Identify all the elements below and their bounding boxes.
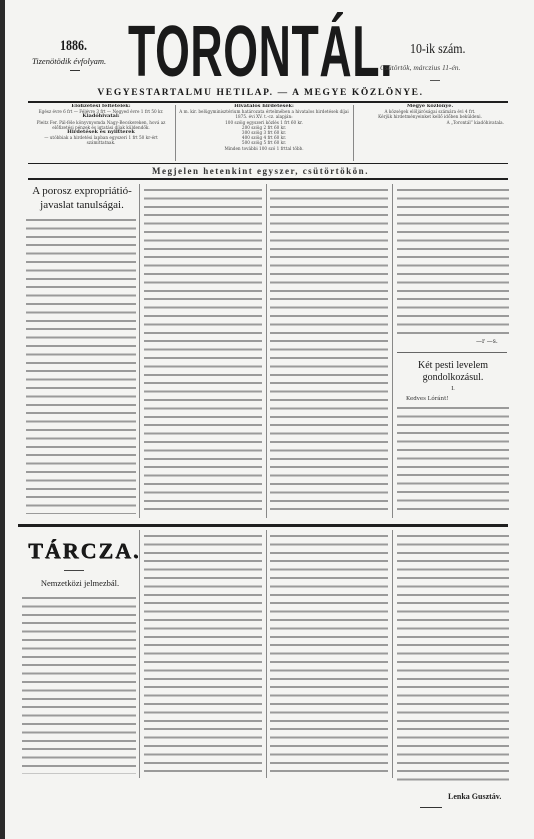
- feuilleton-column-3: [270, 532, 388, 772]
- newspaper-title: TORONTÁL.: [128, 16, 393, 88]
- feuilleton-column-4: [397, 532, 509, 782]
- column-divider: [392, 530, 393, 778]
- article-separator: [397, 352, 507, 353]
- column-divider: [353, 105, 354, 161]
- newspaper-subtitle: VEGYESTARTALMU HETILAP. — A MEGYE KÖZLÖN…: [8, 88, 513, 98]
- publication-frequency: Megjelen hetenkint egyszer, csütörtökön.: [8, 166, 513, 176]
- info-text: A m. kir. belügyminisztérium határozata …: [178, 109, 350, 119]
- article-column-4-continued: [397, 404, 509, 516]
- info-rule: [28, 163, 508, 164]
- article-column-2: [144, 186, 262, 516]
- official-ads-info-box: Hivatalos hirdetések: A m. kir. belügymi…: [178, 104, 350, 162]
- year-label: 1886.: [60, 38, 87, 55]
- subscription-info-box: Előfizetési feltételek: Egész évre 6 frt…: [30, 104, 172, 162]
- article-column-4: [397, 186, 509, 336]
- info-text: A „Torontál” kiadóhivatala.: [356, 120, 504, 125]
- divider: [430, 80, 440, 81]
- feuilleton-signature: Lenka Gusztáv.: [448, 792, 501, 801]
- page-edge: [0, 0, 5, 839]
- article-column-1: [26, 216, 136, 514]
- divider: [70, 70, 80, 71]
- column-divider: [266, 184, 267, 518]
- issue-date: Csütörtök, márczius 11-én.: [380, 63, 460, 72]
- county-info-box: Megye közlönye. A községek elöljáróságai…: [356, 104, 504, 162]
- column-divider: [266, 530, 267, 778]
- feuilleton-section-title: TÁRCZA.: [28, 538, 140, 564]
- article-headline: A porosz expropriátió-javaslat tanulsága…: [26, 184, 138, 212]
- ornament-divider: [64, 570, 84, 571]
- info-text: Kérjük hirdetményeinket kellő időben bek…: [356, 114, 504, 119]
- feuilleton-column-2: [144, 532, 262, 772]
- end-rule: [420, 807, 442, 808]
- article-headline: Két pesti levelem gondolkozásul.: [397, 360, 509, 384]
- info-text: Minden további 100 szó 1 frttal több.: [178, 146, 350, 151]
- volume-label: Tizenötödik évfolyam.: [32, 56, 106, 66]
- article-column-3: [270, 186, 388, 516]
- column-divider: [392, 184, 393, 518]
- column-divider: [175, 105, 176, 161]
- article-signature: —r —s.: [476, 338, 498, 345]
- column-divider: [139, 530, 140, 778]
- newspaper-page: 1886. Tizenötödik évfolyam. TORONTÁL. 10…: [8, 0, 513, 839]
- issue-number: 10-ik szám.: [410, 42, 466, 58]
- column-divider: [139, 184, 140, 518]
- frequency-rule: [28, 178, 508, 180]
- feuilleton-column-1: [22, 594, 136, 774]
- info-text: — utóbbiak a hirdetési lapban egyszeri 1…: [30, 135, 172, 145]
- feuilleton-rule: [18, 524, 508, 527]
- feuilleton-headline: Nemzetközi jelmezbál.: [22, 578, 138, 588]
- article-greeting: Kedves Lóránt!: [406, 396, 449, 402]
- header-rule: [28, 101, 508, 103]
- masthead: 1886. Tizenötödik évfolyam. TORONTÁL. 10…: [8, 0, 513, 92]
- article-part-number: I.: [397, 386, 509, 392]
